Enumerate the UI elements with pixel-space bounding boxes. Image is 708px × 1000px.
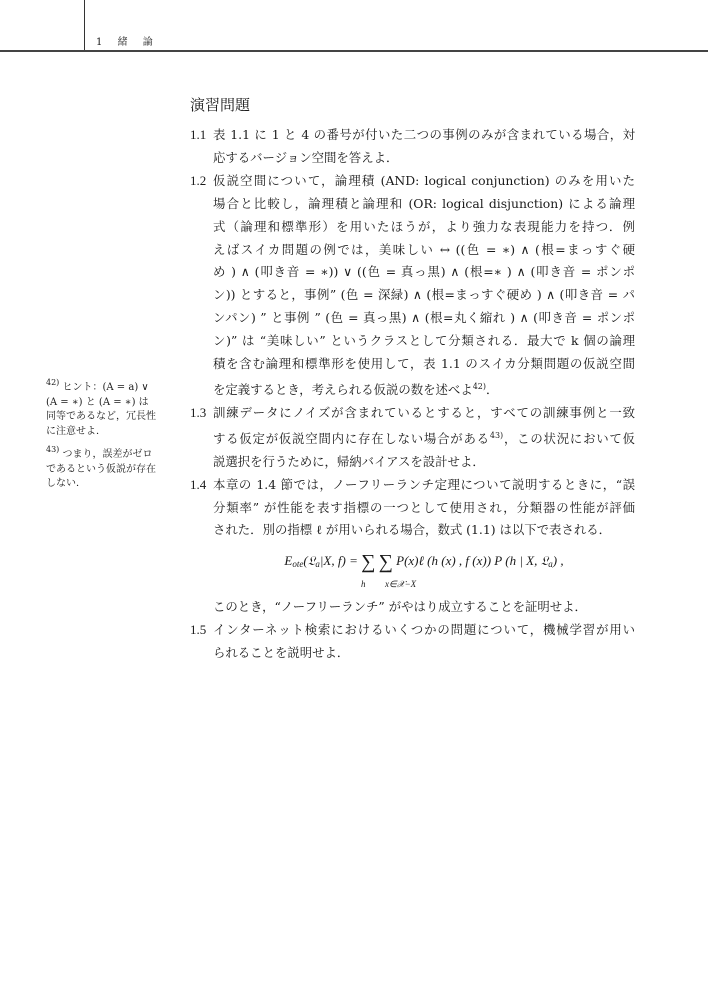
summation-icon: ∑ [361, 551, 375, 573]
sidenote-42: 42) ヒント：(A = a) ∨ (A = ∗) と (A = ∗) は 同等… [46, 376, 186, 439]
section-title: 演習問題 [190, 94, 250, 115]
exercise-1-4: 1.4 本章の 1.4 節では，ノーフリーランチ定理について説明するときに，“誤… [190, 474, 635, 620]
footnote-ref-42[interactable]: 42) [473, 382, 486, 391]
exercise-number: 1.4 [190, 474, 206, 497]
exercise-number: 1.5 [190, 619, 206, 642]
chapter-title-char: 緒 [118, 37, 129, 48]
text-line: えばスイカ問題の例では，美味しい ↔ ((色 = ∗) ∧ (根=まっすぐ硬 [213, 239, 635, 262]
text-line: ン)) とすると，事例” (色 = 深緑) ∧ (根=まっすぐ硬め ) ∧ (叩… [213, 284, 635, 307]
eq-body: P(x)ℓ (h (x) , f (x)) P (h | X, 𝔏 [396, 553, 548, 568]
text-line: られることを説明せよ． [213, 642, 635, 665]
eq-lhs-args: (𝔏 [303, 553, 315, 568]
sidenote-marker: 43) [46, 445, 59, 454]
text-line: 場合と比較し，論理積と論理和 (OR: logical disjunction)… [213, 193, 635, 216]
text-line: 訓練データにノイズが含まれているとすると，すべての訓練事例と一致 [213, 402, 635, 425]
sidenote-line: ヒント：(A = a) ∨ [63, 382, 149, 393]
sidenote-line: 同等であるなど，冗長性 [46, 410, 186, 425]
equation-1-1-variant: Eote(𝔏a|X, f) = ∑h ∑x∈𝒳−X P(x)ℓ (h (x) ,… [213, 550, 635, 586]
sum-limit-h: h [361, 573, 366, 596]
exercise-1-3: 1.3 訓練データにノイズが含まれているとすると，すべての訓練事例と一致 する仮… [190, 402, 635, 474]
summation-icon: ∑ [379, 551, 393, 573]
exercise-1-1: 1.1 表 1.1 に 1 と 4 の番号が付いた二つの事例のみが含まれている場… [190, 124, 635, 170]
sidenote-marker: 42) [46, 378, 59, 387]
text-segment: を定義するとき，考えられる仮説の数を述べよ [213, 382, 473, 397]
text-line: め ) ∧ (叩き音 = ∗)) ∨ ((色 = 真っ黒) ∧ (根=∗ ) ∧… [213, 261, 635, 284]
text-line: ンパン) ” と事例 ” (色 = 真っ黒) ∧ (根=丸く縮れ ) ∧ (叩き… [213, 307, 635, 330]
text-line: された．別の指標 ℓ が用いられる場合，数式 (1.1) は以下で表される． [213, 519, 635, 542]
text-line: 応するバージョン空間を答えよ． [213, 147, 635, 170]
text-line: 本章の 1.4 節では，ノーフリーランチ定理について説明するときに，“誤 [213, 474, 635, 497]
text-line: を定義するとき，考えられる仮説の数を述べよ42)． [213, 376, 635, 402]
header-horizontal-rule [0, 50, 708, 52]
text-segment: ，この状況において仮 [503, 431, 635, 446]
exercise-1-5: 1.5 インターネット検索におけるいくつかの問題について，機械学習が用い られる… [190, 619, 635, 665]
text-line: する仮定が仮説空間内に存在しない場合がある43)，この状況において仮 [213, 425, 635, 451]
eq-lhs-sub: ote [292, 559, 303, 569]
eq-lhs-args-rest: |X, f) = [320, 553, 358, 568]
text-segment: ． [486, 382, 498, 397]
chapter-number: 1 [96, 37, 103, 48]
text-line: 式（論理和標準形）を用いたほうが，より強力な表現能力を持つ．例 [213, 216, 635, 239]
text-line: 仮説空間について，論理積 (AND: logical conjunction) … [213, 170, 635, 193]
exercise-number: 1.2 [190, 170, 206, 193]
text-line: 表 1.1 に 1 と 4 の番号が付いた二つの事例のみが含まれている場合，対 [213, 124, 635, 147]
eq-body-end: ) , [553, 553, 564, 568]
sum-limit-x: x∈𝒳−X [385, 573, 416, 596]
text-line: インターネット検索におけるいくつかの問題について，機械学習が用い [213, 619, 635, 642]
text-line: ン)” は “美味しい” というクラスとして分類される．最大で k 個の論理 [213, 330, 635, 353]
sidenote-43: 43) つまり，誤差がゼロ であるという仮説が存在 しない． [46, 443, 186, 492]
footnote-ref-43[interactable]: 43) [490, 431, 503, 440]
exercise-list: 1.1 表 1.1 に 1 と 4 の番号が付いた二つの事例のみが含まれている場… [190, 124, 635, 665]
text-line: 分類率” が性能を表す指標の一つとして使用され，分類器の性能が評価 [213, 497, 635, 520]
exercise-number: 1.1 [190, 124, 206, 147]
sidenote-line: に注意せよ． [46, 425, 186, 440]
chapter-title-char: 論 [143, 37, 154, 48]
sidenote-line: (A = ∗) と (A = ∗) は [46, 396, 186, 411]
sidenote-line: つまり，誤差がゼロ [63, 449, 153, 460]
text-line: 説選択を行うために，帰納バイアスを設計せよ． [213, 451, 635, 474]
exercise-1-2: 1.2 仮説空間について，論理積 (AND: logical conjuncti… [190, 170, 635, 402]
margin-notes: 42) ヒント：(A = a) ∨ (A = ∗) と (A = ∗) は 同等… [46, 376, 186, 496]
running-head: 1 緒 論 [96, 33, 164, 48]
text-segment: する仮定が仮説空間内に存在しない場合がある [213, 431, 490, 446]
exercise-number: 1.3 [190, 402, 206, 425]
sidenote-line: であるという仮説が存在 [46, 463, 186, 478]
header-vertical-rule [84, 0, 85, 51]
sidenote-line: しない． [46, 477, 186, 492]
text-line: このとき，“ノーフリーランチ” がやはり成立することを証明せよ． [213, 596, 635, 619]
text-line: 積を含む論理和標準形を使用して，表 1.1 のスイカ分類問題の仮説空間 [213, 353, 635, 376]
